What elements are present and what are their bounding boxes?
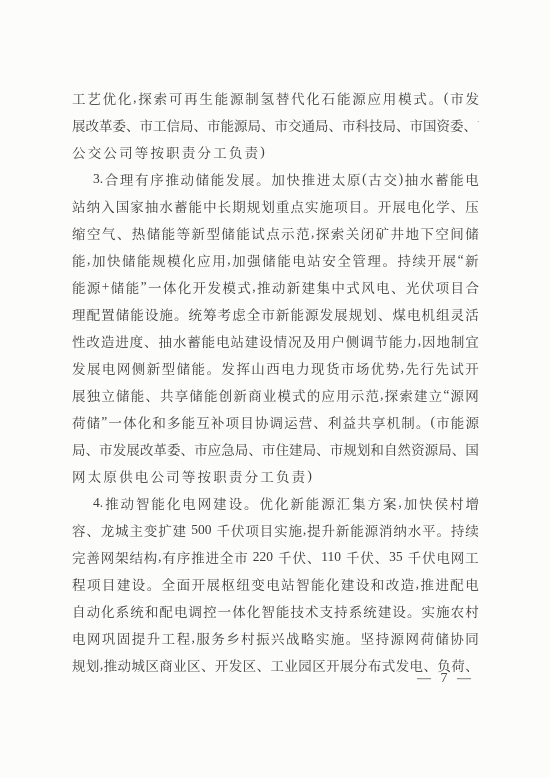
text-line: 容、龙城主变扩建 500 千伏项目实施,提升新能源消纳水平。持续 (72, 516, 479, 543)
text-line: 荷储”一体化和多能互补项目协调运营、利益共享机制。(市能源 (72, 408, 479, 435)
text-line: 展独立储能、共享储能创新商业模式的应用示范,探索建立“源网 (72, 381, 479, 408)
text-line: 程项目建设。全面开展枢纽变电站智能化建设和改造,推进配电 (72, 570, 479, 597)
document-body: 工艺优化,探索可再生能源制氢替代化石能源应用模式。(市发 展改革委、市工信局、市… (72, 84, 479, 678)
text-line: 局、市发展改革委、市应急局、市住建局、市规划和自然资源局、国 (72, 435, 479, 462)
text-line: 自动化系统和配电调控一体化智能技术支持系统建设。实施农村 (72, 597, 479, 624)
text-line: 电网巩固提升工程,服务乡村振兴战略实施。坚持源网荷储协同 (72, 624, 479, 651)
text-line: 展改革委、市工信局、市能源局、市交通局、市科技局、市国资委、市 (72, 111, 479, 138)
text-line: 网太原供电公司等按职责分工负责) (72, 462, 479, 489)
text-line: 工艺优化,探索可再生能源制氢替代化石能源应用模式。(市发 (72, 84, 479, 111)
text-line: 3.合理有序推动储能发展。加快推进太原(古交)抽水蓄能电 (72, 165, 479, 192)
text-line: 完善网架结构,有序推进全市 220 千伏、110 千伏、35 千伏电网工 (72, 543, 479, 570)
text-line: 缩空气、热储能等新型储能试点示范,探索关闭矿井地下空间储 (72, 219, 479, 246)
text-line: 站纳入国家抽水蓄能中长期规划重点实施项目。开展电化学、压 (72, 192, 479, 219)
text-line: 理配置储能设施。统筹考虑全市新能源发展规划、煤电机组灵活 (72, 300, 479, 327)
text-line: 能源+储能”一体化开发模式,推动新建集中式风电、光伏项目合 (72, 273, 479, 300)
text-line: 能,加快储能规模化应用,加强储能电站安全管理。持续开展“新 (72, 246, 479, 273)
document-page: 工艺优化,探索可再生能源制氢替代化石能源应用模式。(市发 展改革委、市工信局、市… (0, 0, 550, 778)
text-line: 4.推动智能化电网建设。优化新能源汇集方案,加快侯村增 (72, 489, 479, 516)
text-line: 性改造进度、抽水蓄能电站建设情况及用户侧调节能力,因地制宜 (72, 327, 479, 354)
text-line: 公交公司等按职责分工负责) (72, 138, 479, 165)
text-line: 发展电网侧新型储能。发挥山西电力现货市场优势,先行先试开 (72, 354, 479, 381)
page-number: — 7 — (417, 671, 474, 687)
